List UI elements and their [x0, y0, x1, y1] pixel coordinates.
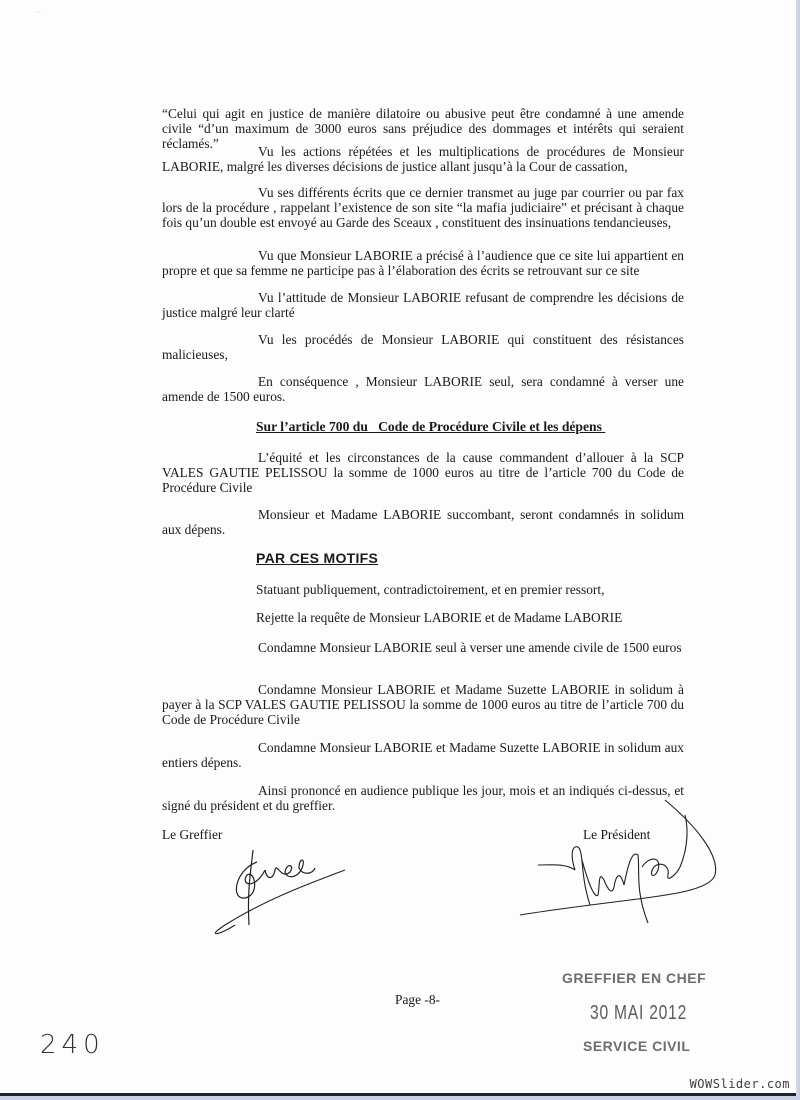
paragraph-actions-repetees: Vu les actions répétées et les multiplic…	[162, 144, 684, 174]
motif-condamne-amende: Condamne Monsieur LABORIE seul à verser …	[162, 640, 684, 655]
greffier-signature	[195, 840, 365, 940]
heading-par-ces-motifs: PAR CES MOTIFS	[256, 550, 378, 566]
scanned-document-page: ·· · “Celui qui agit en justice de maniè…	[0, 0, 796, 1096]
paragraph-equite: L’équité et les circonstances de la caus…	[162, 450, 684, 495]
page-number: Page -8-	[395, 992, 440, 1008]
wowslider-watermark[interactable]: WOWSlider.com	[688, 1077, 792, 1091]
stamp-date: 30 MAI 2012	[590, 1002, 687, 1025]
motif-rejette: Rejette la requête de Monsieur LABORIE e…	[256, 610, 622, 625]
motif-condamne-depens: Condamne Monsieur LABORIE et Madame Suze…	[162, 740, 684, 770]
president-signature	[520, 795, 730, 925]
paragraph-attitude: Vu l’attitude de Monsieur LABORIE refusa…	[162, 290, 684, 320]
scan-artifact: ·· ·	[35, 8, 46, 18]
paragraph-consequence: En conséquence , Monsieur LABORIE seul, …	[162, 374, 684, 404]
paragraph-procedes: Vu les procédés de Monsieur LABORIE qui …	[162, 332, 684, 362]
heading-article-700: Sur l’article 700 du Code de Procédure C…	[256, 419, 605, 435]
handwritten-page-number: 240	[40, 1030, 105, 1060]
paragraph-succombant: Monsieur et Madame LABORIE succombant, s…	[162, 507, 684, 537]
paragraph-differents-ecrits: Vu ses différents écrits que ce dernier …	[162, 185, 684, 230]
motif-statuant: Statuant publiquement, contradictoiremen…	[256, 582, 604, 597]
motif-condamne-article-700: Condamne Monsieur LABORIE et Madame Suze…	[162, 682, 684, 727]
stamp-service-civil: SERVICE CIVIL	[583, 1038, 690, 1054]
stamp-greffier-en-chef: GREFFIER EN CHEF	[562, 970, 706, 986]
paragraph-site-appartient: Vu que Monsieur LABORIE a précisé à l’au…	[162, 248, 684, 278]
